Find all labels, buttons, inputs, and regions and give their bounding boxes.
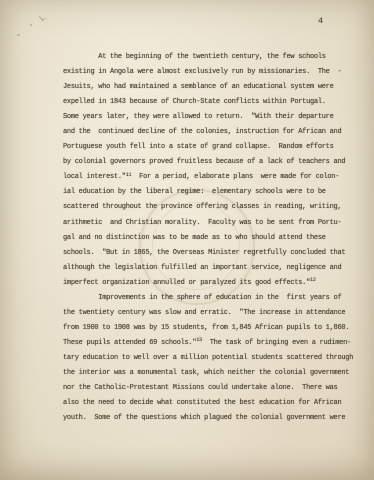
- text-line: the interior was a monumental task, whic…: [63, 366, 363, 381]
- footnote-reference: 12: [310, 277, 316, 283]
- text-line: although the legislation fulfilled an im…: [63, 261, 363, 276]
- text-line: Portuguese youth fell into a state of gr…: [63, 140, 363, 155]
- text-line: existing in Angola were almost exclusive…: [63, 65, 363, 80]
- text-line: These pupils attended 69 schools."13 The…: [63, 336, 363, 351]
- text-line: Improvements in the sphere of education …: [63, 291, 363, 306]
- text-line: local interest."11 For a period, elabora…: [63, 170, 363, 185]
- text-line: the twentiety century was slow and errat…: [63, 306, 363, 321]
- text-line: imperfect organization annulled or paral…: [63, 276, 363, 291]
- pencil-mark: [17, 34, 20, 36]
- text-line: schools. "But in 1865, the Overseas Mini…: [63, 246, 363, 261]
- text-line: youth. Some of the questions which plagu…: [63, 411, 363, 426]
- text-line: arithmetic and Christian morality. Facul…: [63, 216, 363, 231]
- document-page: 4 At the beginning of the twentieth cent…: [0, 0, 374, 480]
- text-line: tary education to well over a million po…: [63, 351, 363, 366]
- footnote-reference: 11: [126, 172, 132, 178]
- text-line: nor the Catholic-Protestant Missions cou…: [63, 381, 363, 396]
- text-line: At the beginning of the twentieth centur…: [63, 50, 363, 65]
- text-line: Jesuits, who had maintained a semblance …: [63, 80, 363, 95]
- text-line: from 1900 to 1908 was by 15 students, fr…: [63, 321, 363, 336]
- text-line: scattered throughout the province offeri…: [63, 200, 363, 215]
- pencil-mark: [30, 24, 32, 26]
- footnote-reference: 13: [196, 337, 202, 343]
- text-line: ial education by the liberal regime: ele…: [63, 185, 363, 200]
- text-line: Some years later, they were allowed to r…: [63, 110, 363, 125]
- text-line: and the continued decline of the colonie…: [63, 125, 363, 140]
- page-number: 4: [318, 16, 323, 26]
- text-line: expelled in 1843 because of Church-State…: [63, 95, 363, 110]
- pencil-mark: [39, 11, 50, 22]
- text-line: also the need to decide what constituted…: [63, 396, 363, 411]
- typewritten-text: At the beginning of the twentieth centur…: [63, 50, 363, 426]
- text-line: gal and no distinction was to be made as…: [63, 231, 363, 246]
- text-line: by colonial governors proved fruitless b…: [63, 155, 363, 170]
